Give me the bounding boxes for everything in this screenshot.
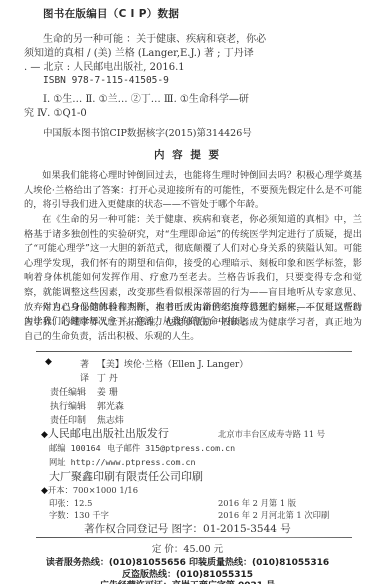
printing-value: 2016 年 2 月河北第 1 次印刷 [218,509,329,521]
editor-label: 责任编辑 [50,388,86,398]
printer-name: 大厂聚鑫印刷有限责任公司印刷 [49,468,203,484]
diamond-bullet-icon: ◆ [45,357,52,367]
summary-paragraph-1: 如果我们能将心理时钟倒回过去，也能将生理时钟倒回去吗？积极心理学奠基人埃伦·兰格… [24,169,362,213]
bottom-divider [36,537,352,538]
publisher-email: 电子邮件 315@ptpress.com.cn [107,442,235,454]
publisher-website: 网址 http://www.ptpress.com.cn [49,456,195,468]
translator-value: 丁 丹 [97,374,118,384]
edition-value: 2016 年 2 月第 1 版 [218,497,296,509]
author-value: 【美】埃伦·兰格（Ellen J. Langer） [97,360,248,370]
cip-title-line-1: 生命的另一种可能 ：关于健康、疾病和衰老，你必 [43,33,266,47]
editor-value: 姜 珊 [97,388,118,398]
publisher-line: ◆人民邮电出版社出版发行 [41,425,169,441]
sheets-value: 印张：12.5 [49,497,92,509]
diamond-bullet-icon: ◆ [41,430,48,440]
exec-editor-credit: 执行编辑 郭光森 [50,399,124,412]
publisher-postcode: 邮编 100164 [49,442,101,454]
copyright-registration: 著作权合同登记号 图字：01-2015-3544 号 [0,521,375,536]
summary-paragraph-3-text: 作为心身保健的科普杰作，本书已成为新世纪治疗思想的标杆，不仅可以帮助医学界、心理… [24,302,362,342]
translator-credit: 译 丁 丹 [75,371,118,384]
cip-classification-line-2: 究 Ⅳ. ①Q1-0 [24,107,87,121]
cip-isbn: ISBN 978-7-115-41505-9 [43,74,169,88]
cip-title-line-3: . — 北京 : 人民邮电出版社, 2016.1 [24,61,185,75]
exec-editor-value: 郭光森 [97,402,124,412]
editor-credit: 责任编辑 姜 珊 [50,385,118,398]
ad-license: 广告经营许可证：京崇工商广字第 0021 号 [0,578,375,584]
summary-heading: 内 容 提 要 [0,147,375,162]
cip-heading: 图书在版编目（C I P）数据 [43,6,179,21]
top-divider [36,351,352,352]
cip-verification-number: 中国版本图书馆CIP数据核字(2015)第314426号 [43,127,252,141]
exec-editor-label: 执行编辑 [50,402,86,412]
summary-paragraph-1-text: 如果我们能将心理时钟倒回过去，也能将生理时钟倒回去吗？积极心理学奠基人埃伦·兰格… [24,170,362,210]
format-line: ◆开本：700×1000 1/16 [41,484,138,496]
publisher-name: 人民邮电出版社出版发行 [48,427,169,440]
cip-title-line-2: 须知道的真相 / (美) 兰格 (Langer,E.J.) 著 ; 丁丹译 [24,47,254,61]
diamond-bullet-icon: ◆ [41,486,48,496]
translator-label: 译 [75,371,89,384]
price: 定 价：45.00 元 [0,541,375,555]
word-count-value: 字数：130 千字 [49,509,109,521]
cip-classification-line-1: Ⅰ. ①生… Ⅱ. ①兰… ②丁… Ⅲ. ①生命科学—研 [43,93,249,107]
summary-paragraph-3: 作为心身保健的科普杰作，本书已成为新世纪治疗思想的标杆，不仅可以帮助医学界、心理… [24,301,362,345]
author-credit: 著 【美】埃伦·兰格（Ellen J. Langer） [75,357,248,370]
publisher-address: 北京市丰台区成寿寺路 11 号 [218,428,325,440]
format-value: 开本：700×1000 1/16 [48,485,138,495]
author-label: 著 [75,357,89,370]
